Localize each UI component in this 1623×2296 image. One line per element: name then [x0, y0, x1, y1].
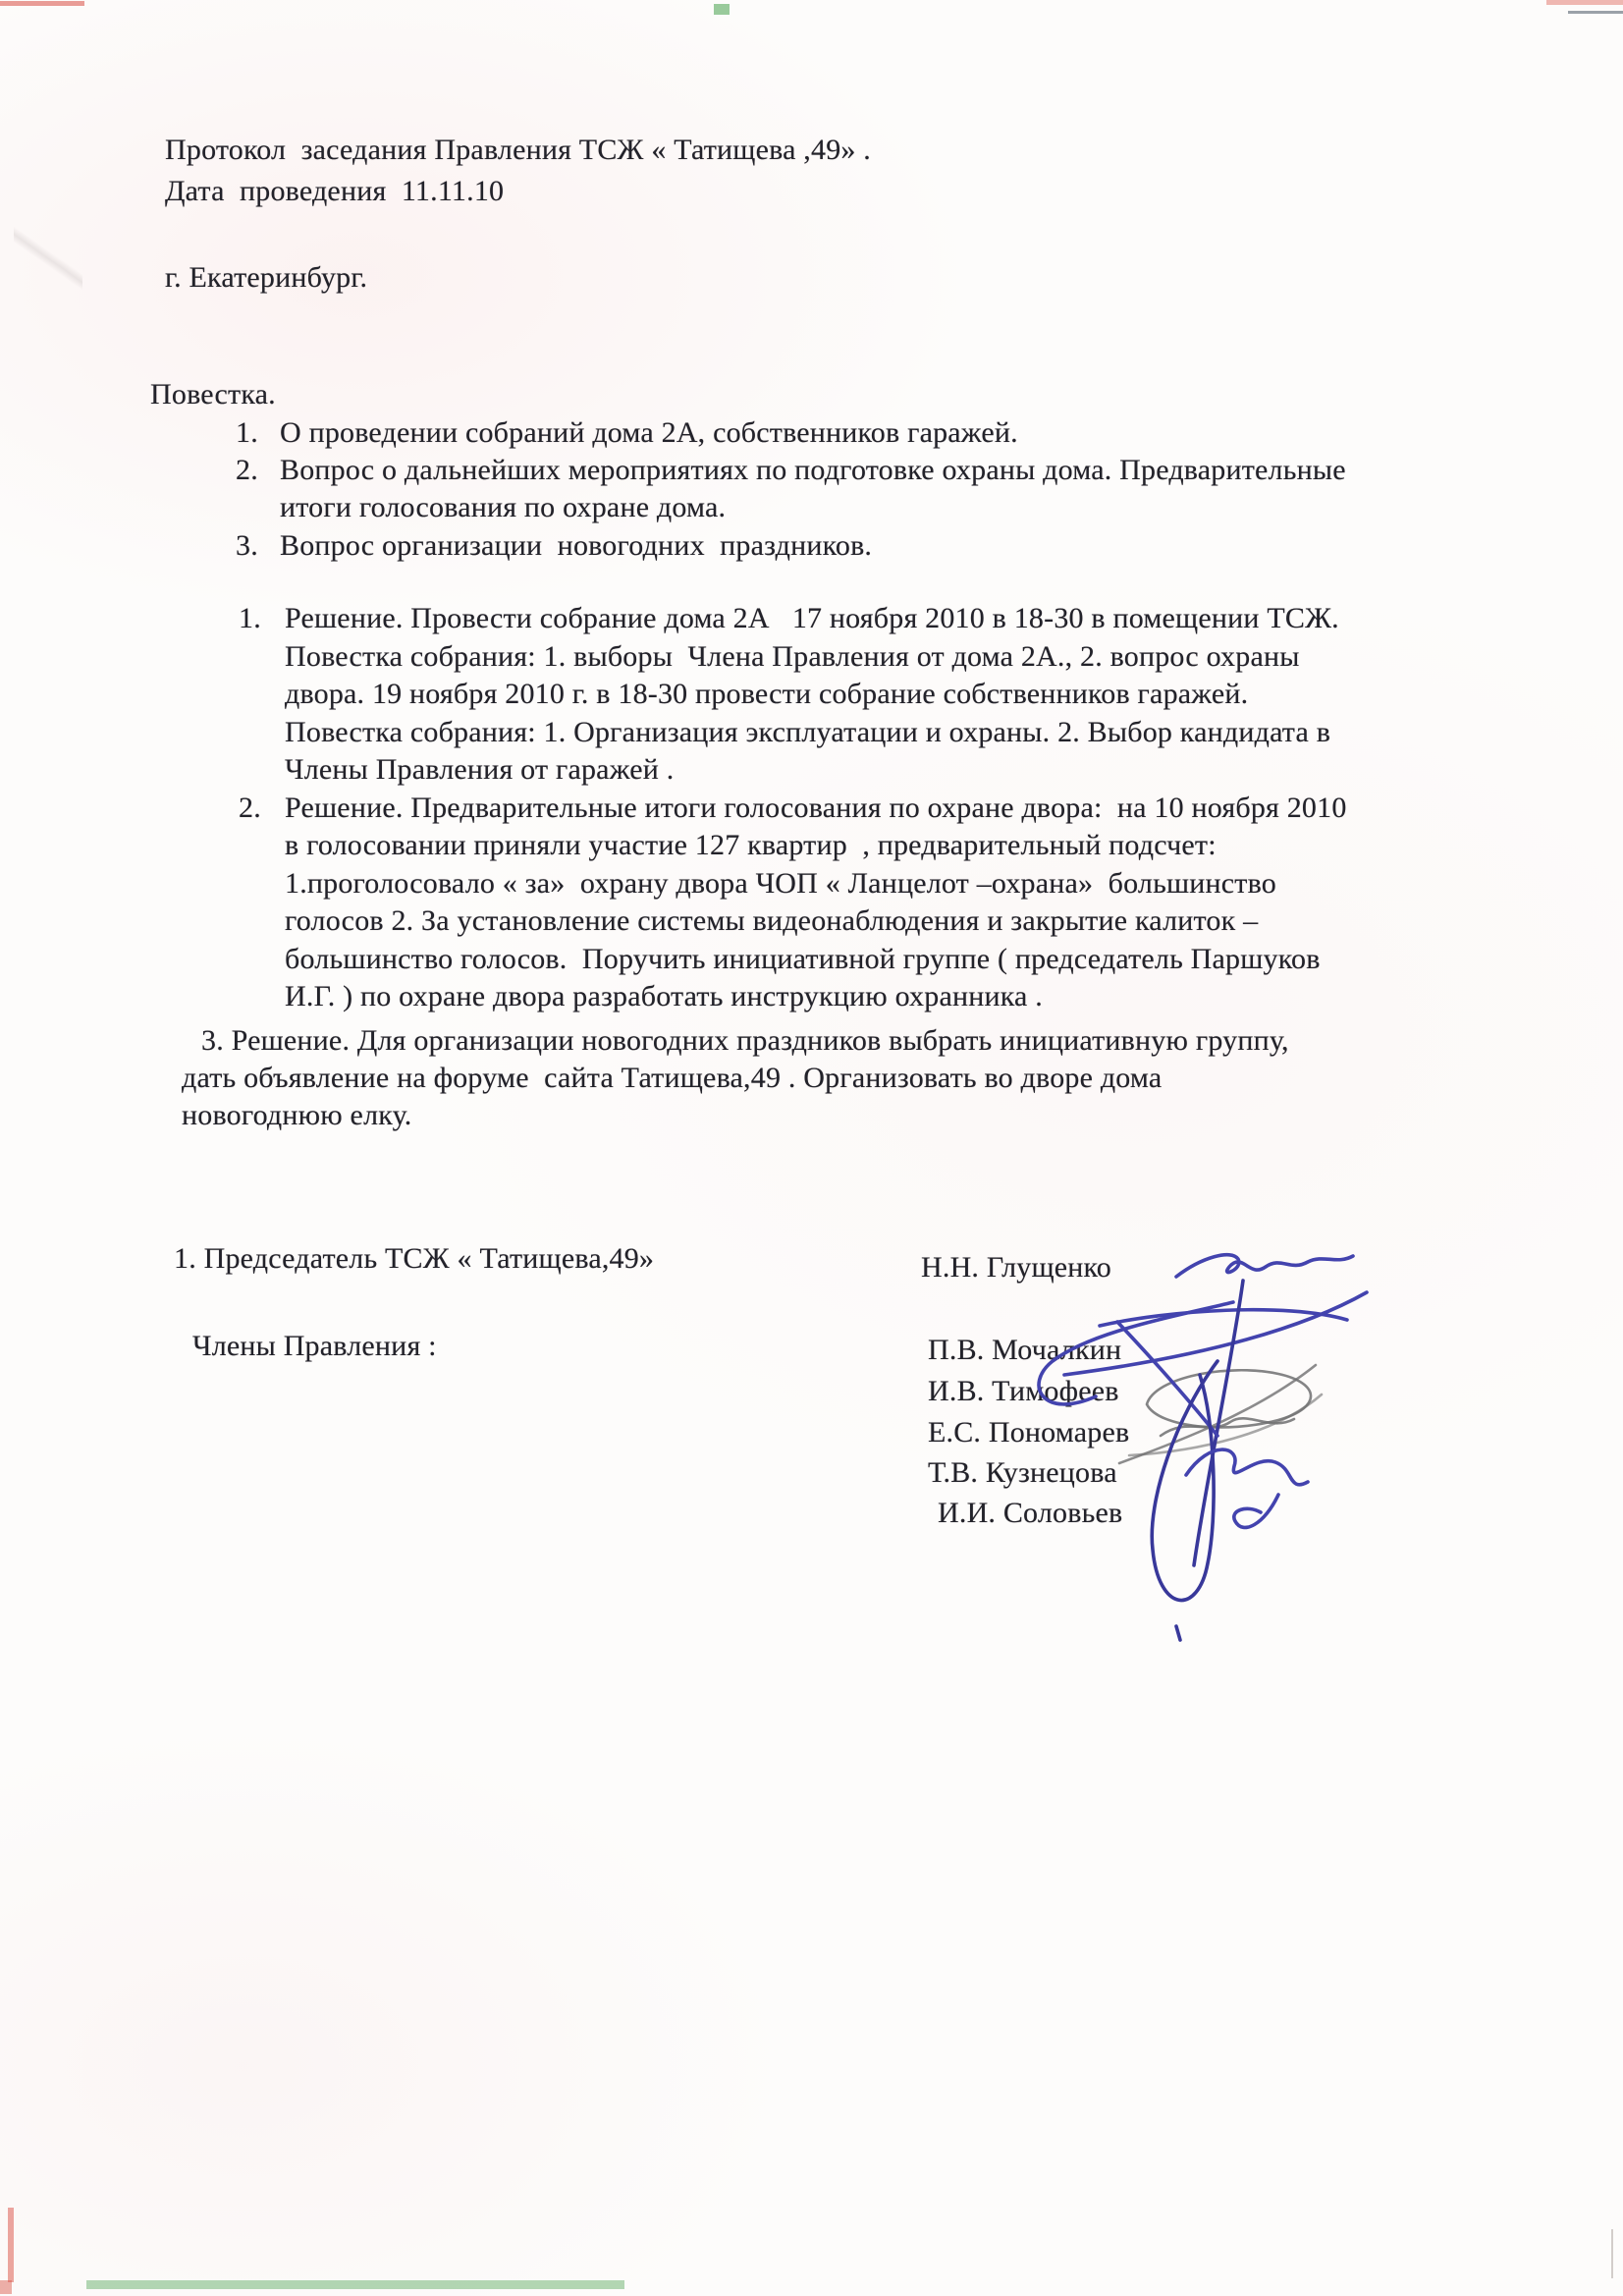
- scanner-line-top-right: [1568, 11, 1623, 14]
- chairman-label: 1. Председатель ТСЖ « Татищева,49»: [174, 1240, 654, 1278]
- member-signature-flourish: [1186, 1449, 1308, 1485]
- scanner-artifact-bottom-green: [86, 2280, 624, 2289]
- decision-line: дать объявление на форуме сайта Татищева…: [182, 1060, 1162, 1097]
- decision-line: Члены Правления от гаражей .: [285, 751, 674, 789]
- member-signature-tail: [1234, 1495, 1278, 1527]
- agenda-item-line: О проведении собраний дома 2А, собственн…: [280, 414, 1018, 452]
- decision-line: Решение. Предварительные итоги голосован…: [285, 790, 1347, 827]
- document-page: Протокол заседания Правления ТСЖ « Татищ…: [0, 0, 1623, 2296]
- scanner-artifact-top-green: [714, 4, 730, 15]
- agenda-item-line: Вопрос организации новогодних праздников…: [280, 527, 872, 565]
- agenda-item-number: 1.: [236, 414, 258, 452]
- decision-line: голосов 2. За установление системы видео…: [285, 902, 1258, 940]
- chairman-signature-flourish: [1176, 1255, 1353, 1277]
- decision-line: 3. Решение. Для организации новогодних п…: [201, 1022, 1289, 1060]
- scanner-artifact-top-right-red: [1546, 0, 1623, 5]
- decision-line: новогоднюю елку.: [182, 1097, 411, 1134]
- agenda-item-number: 3.: [236, 527, 258, 565]
- scanner-artifact-bottom-left-red: [0, 2280, 12, 2294]
- decision-line: двора. 19 ноября 2010 г. в 18-30 провест…: [285, 676, 1248, 713]
- decision-line: Повестка собрания: 1. выборы Члена Правл…: [285, 638, 1300, 676]
- decision-item-number: 2.: [239, 790, 261, 827]
- members-label: Члены Правления :: [192, 1328, 437, 1365]
- doc-title: Протокол заседания Правления ТСЖ « Татищ…: [165, 132, 871, 169]
- signature-bottom-tick: [1176, 1626, 1180, 1640]
- agenda-item-line: итоги голосования по охране дома.: [280, 489, 726, 526]
- scanner-line-right-edge: [1611, 2229, 1613, 2278]
- decision-line: в голосовании приняли участие 127 кварти…: [285, 827, 1217, 864]
- decision-line: большинство голосов. Поручить инициативн…: [285, 941, 1321, 978]
- scanner-streak: [14, 214, 82, 302]
- doc-date: Дата проведения 11.11.10: [165, 173, 504, 210]
- agenda-heading: Повестка.: [150, 376, 276, 413]
- decision-item-number: 1.: [239, 600, 261, 637]
- doc-city: г. Екатеринбург.: [165, 259, 367, 297]
- decision-line: И.Г. ) по охране двора разработать инстр…: [285, 978, 1043, 1015]
- agenda-item-number: 2.: [236, 452, 258, 489]
- decision-line: Решение. Провести собрание дома 2А 17 но…: [285, 600, 1339, 637]
- agenda-item-line: Вопрос о дальнейших мероприятиях по подг…: [280, 452, 1346, 489]
- scanner-artifact-top-left-red: [0, 1, 84, 6]
- decision-line: 1.проголосовало « за» охрану двора ЧОП «…: [285, 865, 1276, 902]
- decision-line: Повестка собрания: 1. Организация эксплу…: [285, 714, 1330, 751]
- signatures-ink: [982, 1228, 1443, 1660]
- scanner-artifact-left-red: [8, 2208, 14, 2282]
